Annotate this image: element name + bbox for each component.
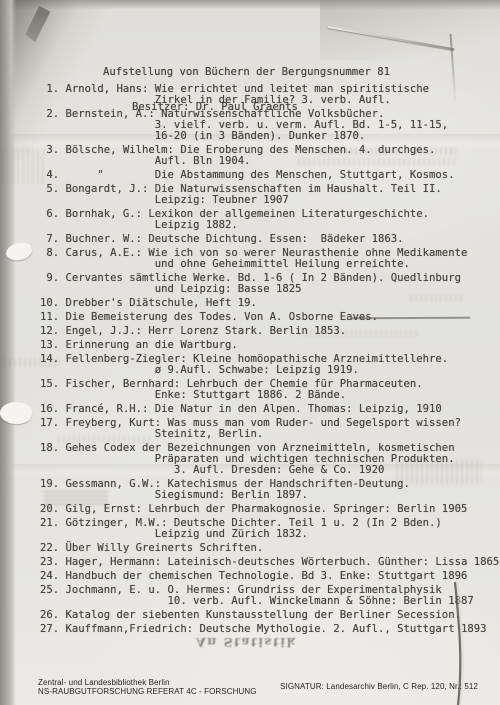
book-entry: 5. Bongardt, J.: Die Naturwissenschaften… xyxy=(40,184,500,206)
book-entry-line: und ohne Geheimmittel Heilung erreichte. xyxy=(40,259,500,270)
book-entry: 19. Gessmann, G.W.: Katechismus der Hand… xyxy=(40,479,500,501)
footer-institution: Zentral- und Landesbibliothek Berlin xyxy=(38,678,257,687)
book-entry: 18. Gehes Codex der Bezeichnungen von Ar… xyxy=(40,443,500,476)
book-entry-line: 7. Buchner. W.: Deutsche Dichtung. Essen… xyxy=(40,234,500,245)
book-entry-line: 26. Katalog der siebenten Kunstausstellu… xyxy=(40,610,500,621)
footer-department: NS-RAUBGUTFORSCHUNG REFERAT 4C - FORSCHU… xyxy=(38,687,257,696)
book-entry-line: Aufl. Bln 1904. xyxy=(40,156,500,167)
book-entry-line: Leipzig und Zürich 1832. xyxy=(40,529,500,540)
book-entry-line: 16. Francé, R.H.: Die Natur in den Alpen… xyxy=(40,404,500,415)
book-entry: 14. Fellenberg-Ziegler: Kleine homöopath… xyxy=(40,354,500,376)
book-entry: 16. Francé, R.H.: Die Natur in den Alpen… xyxy=(40,404,500,415)
book-entry: 6. Bornhak, G.: Lexikon der allgemeinen … xyxy=(40,209,500,231)
footer-signature: SIGNATUR: Landesarchiv Berlin, C Rep. 12… xyxy=(280,682,478,691)
book-entry: 4. " Die Abstammung des Menschen, Stuttg… xyxy=(40,170,500,181)
book-entry: 25. Jochmann, E. u. O. Hermes: Grundriss… xyxy=(40,585,500,607)
book-entry: 21. Götzinger, M.W.: Deutsche Dichter. T… xyxy=(40,518,500,540)
book-entry: 12. Engel, J.J.: Herr Lorenz Stark. Berl… xyxy=(40,326,500,337)
book-entry: 10. Drebber's Diätschule, Heft 19. xyxy=(40,298,500,309)
book-entry-line: Zirkel in der Familie? 3. verb. Aufl. xyxy=(40,95,500,106)
book-entry-line: 11. Die Bemeisterung des Todes. Von A. O… xyxy=(40,312,500,323)
book-entry: 13. Erinnerung an die Wartburg. xyxy=(40,340,500,351)
footer-left: Zentral- und Landesbibliothek Berlin NS-… xyxy=(38,678,257,696)
book-entry-line: 23. Hager, Hermann: Lateinisch-deutsches… xyxy=(40,557,500,568)
statistik-offset-stamp: An Statistik xyxy=(196,635,297,650)
book-entry: 2. Bernstein, A.: Naturwissenschaftliche… xyxy=(40,109,500,142)
book-entry-line: 13. Erinnerung an die Wartburg. xyxy=(40,340,500,351)
book-entry-line: 3. Aufl. Dresden: Gehe & Co. 1920 xyxy=(40,465,500,476)
book-entry: 27. Kauffmann,Friedrich: Deutsche Mythol… xyxy=(40,624,500,635)
book-entry-line: 27. Kauffmann,Friedrich: Deutsche Mythol… xyxy=(40,624,500,635)
book-entry-line: Steinitz, Berlin. xyxy=(40,429,500,440)
book-entry: 11. Die Bemeisterung des Todes. Von A. O… xyxy=(40,312,500,323)
scan-left-edge-band xyxy=(0,0,16,705)
book-entry-line: ø 9.Aufl. Schwabe: Leipzig 1919. xyxy=(40,365,500,376)
page-title: Aufstellung von Büchern der Bergungsnumm… xyxy=(40,66,390,79)
book-entry-line: und Leipzig: Basse 1825 xyxy=(40,284,500,295)
book-entry: 1. Arnold, Hans: Wie errichtet und leite… xyxy=(40,84,500,106)
book-list: 1. Arnold, Hans: Wie errichtet und leite… xyxy=(40,84,500,638)
book-entry: 26. Katalog der siebenten Kunstausstellu… xyxy=(40,610,500,621)
book-entry: 9. Cervantes sämtliche Werke. Bd. 1-6 ( … xyxy=(40,273,500,295)
book-entry-line: Leipzig: Teubner 1907 xyxy=(40,195,500,206)
book-entry: 17. Freyberg, Kurt: Was muss man vom Rud… xyxy=(40,418,500,440)
book-entry: 15. Fischer, Bernhard: Lehrbuch der Chem… xyxy=(40,379,500,401)
book-entry-line: Leipzig 1882. xyxy=(40,220,500,231)
book-entry: 24. Handbuch der chemischen Technologie.… xyxy=(40,571,500,582)
book-entry-line: 12. Engel, J.J.: Herr Lorenz Stark. Berl… xyxy=(40,326,500,337)
scanned-document-page: Aufstellung von Büchern der Bergungsnumm… xyxy=(0,0,500,705)
book-entry-line: Siegismund: Berlin 1897. xyxy=(40,490,500,501)
book-entry: 8. Carus, A.E.: Wie ich von so werer Neu… xyxy=(40,248,500,270)
book-entry-line: 24. Handbuch der chemischen Technologie.… xyxy=(40,571,500,582)
book-entry: 7. Buchner. W.: Deutsche Dichtung. Essen… xyxy=(40,234,500,245)
book-entry: 3. Bölsche, Wilhelm: Die Eroberung des M… xyxy=(40,145,500,167)
book-entry-line: 4. " Die Abstammung des Menschen, Stuttg… xyxy=(40,170,500,181)
book-entry-line: 16-20 (in 3 Bänden). Dunker 1870. xyxy=(40,131,500,142)
book-entry-line: 10. verb. Aufl. Winckelmann & Söhne: Ber… xyxy=(40,596,500,607)
book-entry: 23. Hager, Hermann: Lateinisch-deutsches… xyxy=(40,557,500,568)
book-entry-line: 22. Über Willy Greinerts Schriften. xyxy=(40,543,500,554)
book-entry-line: 10. Drebber's Diätschule, Heft 19. xyxy=(40,298,500,309)
book-entry-line: 20. Gilg, Ernst: Lehrbuch der Pharmakogn… xyxy=(40,504,500,515)
book-entry: 22. Über Willy Greinerts Schriften. xyxy=(40,543,500,554)
book-entry-line: Enke: Stuttgart 1886. 2 Bände. xyxy=(40,390,500,401)
book-entry: 20. Gilg, Ernst: Lehrbuch der Pharmakogn… xyxy=(40,504,500,515)
